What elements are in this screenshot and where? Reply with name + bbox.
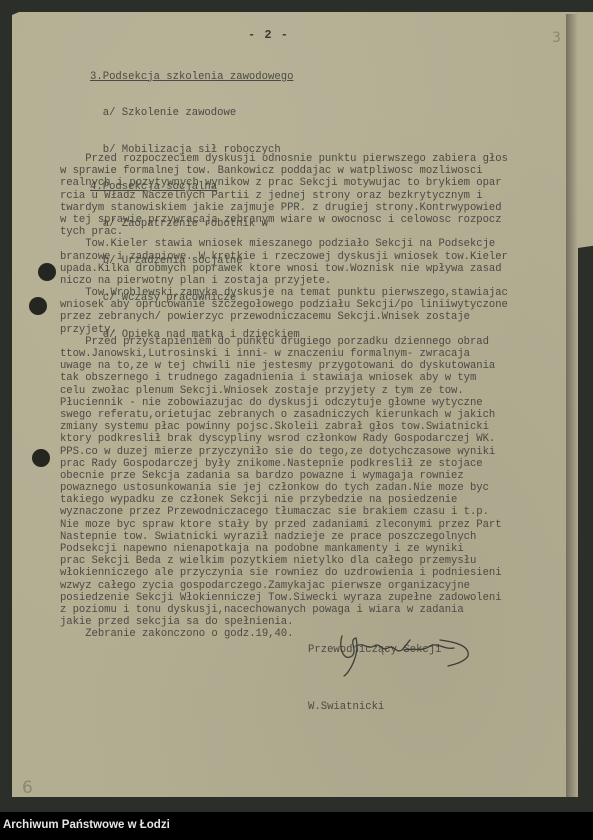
text-line: ttow.Janowski,Lutrosinski i inni- w znac… [60, 348, 580, 360]
text-line: powaznego ustosunkowania sie jej członko… [60, 482, 580, 494]
archive-label: Archiwum Państwowe w Łodzi [3, 819, 170, 831]
text-line: Przed rozpoczeciem dyskusji odnosnie pun… [60, 153, 580, 165]
text-line: PPS.co w duzej mierze przyczyniło sie do… [60, 446, 580, 458]
text-line: włokienniczego ale przyczynia sie rownie… [60, 567, 580, 579]
outline-heading: 3.Podsekcja szkolenia zawodowego [90, 71, 300, 83]
text-line: prac Rady Gospodarczej były znikome.Nast… [60, 458, 580, 470]
text-line: rcia u Władz Naczelnych Partii z jednej … [60, 190, 580, 202]
text-line: tak obszernego i trudnego zagadnienia i … [60, 372, 580, 384]
text-line: w tej sprawie przywracaja zebranym wiare… [60, 214, 580, 226]
text-line: Nastepnie tow. Swiatnicki wyraził nadzie… [60, 531, 580, 543]
punch-hole [29, 297, 47, 315]
text-line: przyjety. [60, 324, 580, 336]
text-line: Przed przystapieniem do punktu drugiego … [60, 336, 580, 348]
minutes-body: Przed rozpoczeciem dyskusji odnosnie pun… [60, 153, 580, 641]
text-line: realnych i pozytywnych wynikow z prac Se… [60, 177, 580, 189]
text-line: wzwyz całego zycia gospodarczego.Zamykaj… [60, 580, 580, 592]
text-line: ktory podkreslił brak dyscypliny wsrod c… [60, 433, 580, 445]
punch-hole [32, 449, 50, 467]
outline-item: a/ Szkolenie zawodowe [90, 107, 300, 119]
handwritten-signature [330, 628, 480, 678]
archive-page-number: 3 [552, 30, 561, 46]
text-line: Tow.Kieler stawia wniosek mieszanego pod… [60, 238, 580, 250]
text-line: swego referatu,orietujac zebranych o zas… [60, 409, 580, 421]
page-marker: - 2 - [248, 28, 289, 42]
text-line: tych prac. [60, 226, 580, 238]
text-line: posiedzenie Sekcji Włokienniczej Tow.Siw… [60, 592, 580, 604]
signatory-name: W.Swiatnicki [308, 701, 442, 713]
text-line: zmiany systemu płac powinny pojsc.Skolei… [60, 421, 580, 433]
text-line: niczo na pierwotny plan i zostaja przyje… [60, 275, 580, 287]
text-line: Płuciennik - nie zobowiazujac do dyskusj… [60, 397, 580, 409]
text-line: twardym stanowiskiem jakie zajmuje PPR. … [60, 202, 580, 214]
text-line: wyznaczone przez Przewodniczacego tłumac… [60, 506, 580, 518]
text-line: przez zebranych/ powierzyc przewodniczac… [60, 311, 580, 323]
text-line: Podsekcji napewno nienapotkaja na podobn… [60, 543, 580, 555]
text-line: branzowe i zadaniowe. W krotkie i rzeczo… [60, 251, 580, 263]
text-line: Nie moze byc spraw ktore stały by przed … [60, 519, 580, 531]
text-line: takiego wypadku ze członek Sekcji nie pr… [60, 494, 580, 506]
text-line: z poziomu i tonu dyskusji,nacechowanych … [60, 604, 580, 616]
punch-hole [38, 263, 56, 281]
archive-footer: Archiwum Państwowe w Łodzi [0, 812, 593, 840]
text-line: obecnie prze Sekcja zadania sa bardzo po… [60, 470, 580, 482]
text-line: upada.Kilka drobmych poprawek ktore wnos… [60, 263, 580, 275]
text-line: wniosek aby oprucowanie szczegołowego po… [60, 299, 580, 311]
text-line: prac Sekcji Beda z wielkim pozytkiem nie… [60, 555, 580, 567]
text-line: w sprawie formalnej tow. Bankowicz podda… [60, 165, 580, 177]
sheet-number: 6 [22, 778, 33, 798]
text-line: uwage na to,ze w tej chwili nie jestesmy… [60, 360, 580, 372]
text-line: celu zwołac plenum Sekcji.Wniosek zostaj… [60, 385, 580, 397]
text-line: Tow.Wroblewski,zamyka dyskusje na temat … [60, 287, 580, 299]
